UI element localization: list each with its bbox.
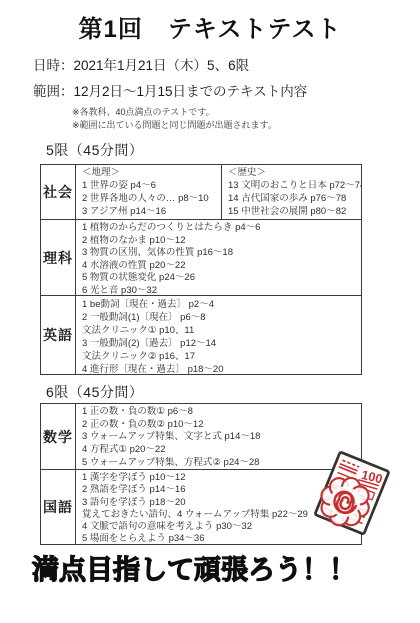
subject-label-shakai: 社会 xyxy=(41,165,76,219)
syllabus-item: 4 進行形〔現在・過去〕 p18～20 xyxy=(82,363,361,376)
section-heading-period6: 6限（45分間） xyxy=(46,383,420,401)
syllabus-item: 3 一般動詞(2)〔過去〕 p12～14 xyxy=(82,337,361,350)
shakai-history-column: ＜歴史＞ 13 文明のおこりと日本 p72～74 14 古代国家の歩み p76～… xyxy=(221,165,361,219)
table-row-eigo: 英語 1 be動詞〔現在・過去〕 p2～4 2 一般動詞(1)〔現在〕 p6～8… xyxy=(41,295,361,374)
subject-label-eigo: 英語 xyxy=(41,296,76,374)
syllabus-item: 文法クリニック② p16、17 xyxy=(82,350,361,363)
syllabus-item: 2 世界各地の人々の… p8～10 xyxy=(82,193,221,206)
shakai-geography-column: ＜地理＞ 1 世界の姿 p4～6 2 世界各地の人々の… p8～10 3 アジア… xyxy=(76,165,221,219)
syllabus-item: 1 世界の姿 p4～6 xyxy=(82,180,221,193)
page-title: 第1回 テキストテスト xyxy=(0,14,420,46)
syllabus-item: 13 文明のおこりと日本 p72～74 xyxy=(228,180,361,193)
column-header-history: ＜歴史＞ xyxy=(228,167,361,180)
period5-table: 社会 ＜地理＞ 1 世界の姿 p4～6 2 世界各地の人々の… p8～10 3 … xyxy=(40,164,362,375)
syllabus-item: 1 正の数・負の数① p6～8 xyxy=(82,406,361,419)
syllabus-item: 2 一般動詞(1)〔現在〕 p6～8 xyxy=(82,311,361,324)
test-paper-illustration: 100 xyxy=(294,448,402,564)
column-header-geography: ＜地理＞ xyxy=(82,167,221,180)
table-row-rika: 理科 1 植物のからだのつくりとはたらき p4～6 2 植物のなかま p10～1… xyxy=(41,219,361,295)
syllabus-item: 3 ウォームアップ特集、文字と式 p14～18 xyxy=(82,431,361,444)
range-line: 範囲：12月2日～1月15日までのテキスト内容 xyxy=(33,84,420,100)
notes-block: ※各教科、40点満点のテストです。 ※範囲に出ている問題と同じ問題が出題されます… xyxy=(72,106,420,132)
rika-content-cell: 1 植物のからだのつくりとはたらき p4～6 2 植物のなかま p10～12 3… xyxy=(76,220,361,295)
subject-label-sugaku: 数学 xyxy=(41,404,76,469)
syllabus-item: 2 植物のなかま p10～12 xyxy=(82,235,361,248)
shakai-content-cell: ＜地理＞ 1 世界の姿 p4～6 2 世界各地の人々の… p8～10 3 アジア… xyxy=(76,165,361,219)
note-full-score: ※各教科、40点満点のテストです。 xyxy=(72,106,420,119)
syllabus-item: 14 古代国家の歩み p76～78 xyxy=(228,193,361,206)
syllabus-item: 1 植物のからだのつくりとはたらき p4～6 xyxy=(82,222,361,235)
syllabus-item: 2 正の数・負の数② p10～12 xyxy=(82,419,361,432)
table-row-shakai: 社会 ＜地理＞ 1 世界の姿 p4～6 2 世界各地の人々の… p8～10 3 … xyxy=(41,165,361,219)
syllabus-item: 3 物質の区別、気体の性質 p16～18 xyxy=(82,247,361,260)
syllabus-item: 文法クリニック① p10、11 xyxy=(82,324,361,337)
subject-label-kokugo: 国語 xyxy=(41,470,76,544)
syllabus-item: 15 中世社会の展開 p80～82 xyxy=(228,206,361,219)
test-notice-page: 第1回 テキストテスト 日時：2021年1月21日（木）5、6限 範囲：12月2… xyxy=(0,0,420,623)
syllabus-item: 4 水溶液の性質 p20～22 xyxy=(82,260,361,273)
syllabus-item: 3 アジア州 p14～16 xyxy=(82,206,221,219)
subject-label-rika: 理科 xyxy=(41,220,76,295)
datetime-line: 日時：2021年1月21日（木）5、6限 xyxy=(33,58,420,74)
syllabus-item: 5 物質の状態変化 p24～26 xyxy=(82,272,361,285)
note-same-questions: ※範囲に出ている問題と同じ問題が出題されます。 xyxy=(72,119,420,132)
eigo-content-cell: 1 be動詞〔現在・過去〕 p2～4 2 一般動詞(1)〔現在〕 p6～8 文法… xyxy=(76,296,361,374)
section-heading-period5: 5限（45分間） xyxy=(46,141,420,159)
syllabus-item: 1 be動詞〔現在・過去〕 p2～4 xyxy=(82,298,361,311)
